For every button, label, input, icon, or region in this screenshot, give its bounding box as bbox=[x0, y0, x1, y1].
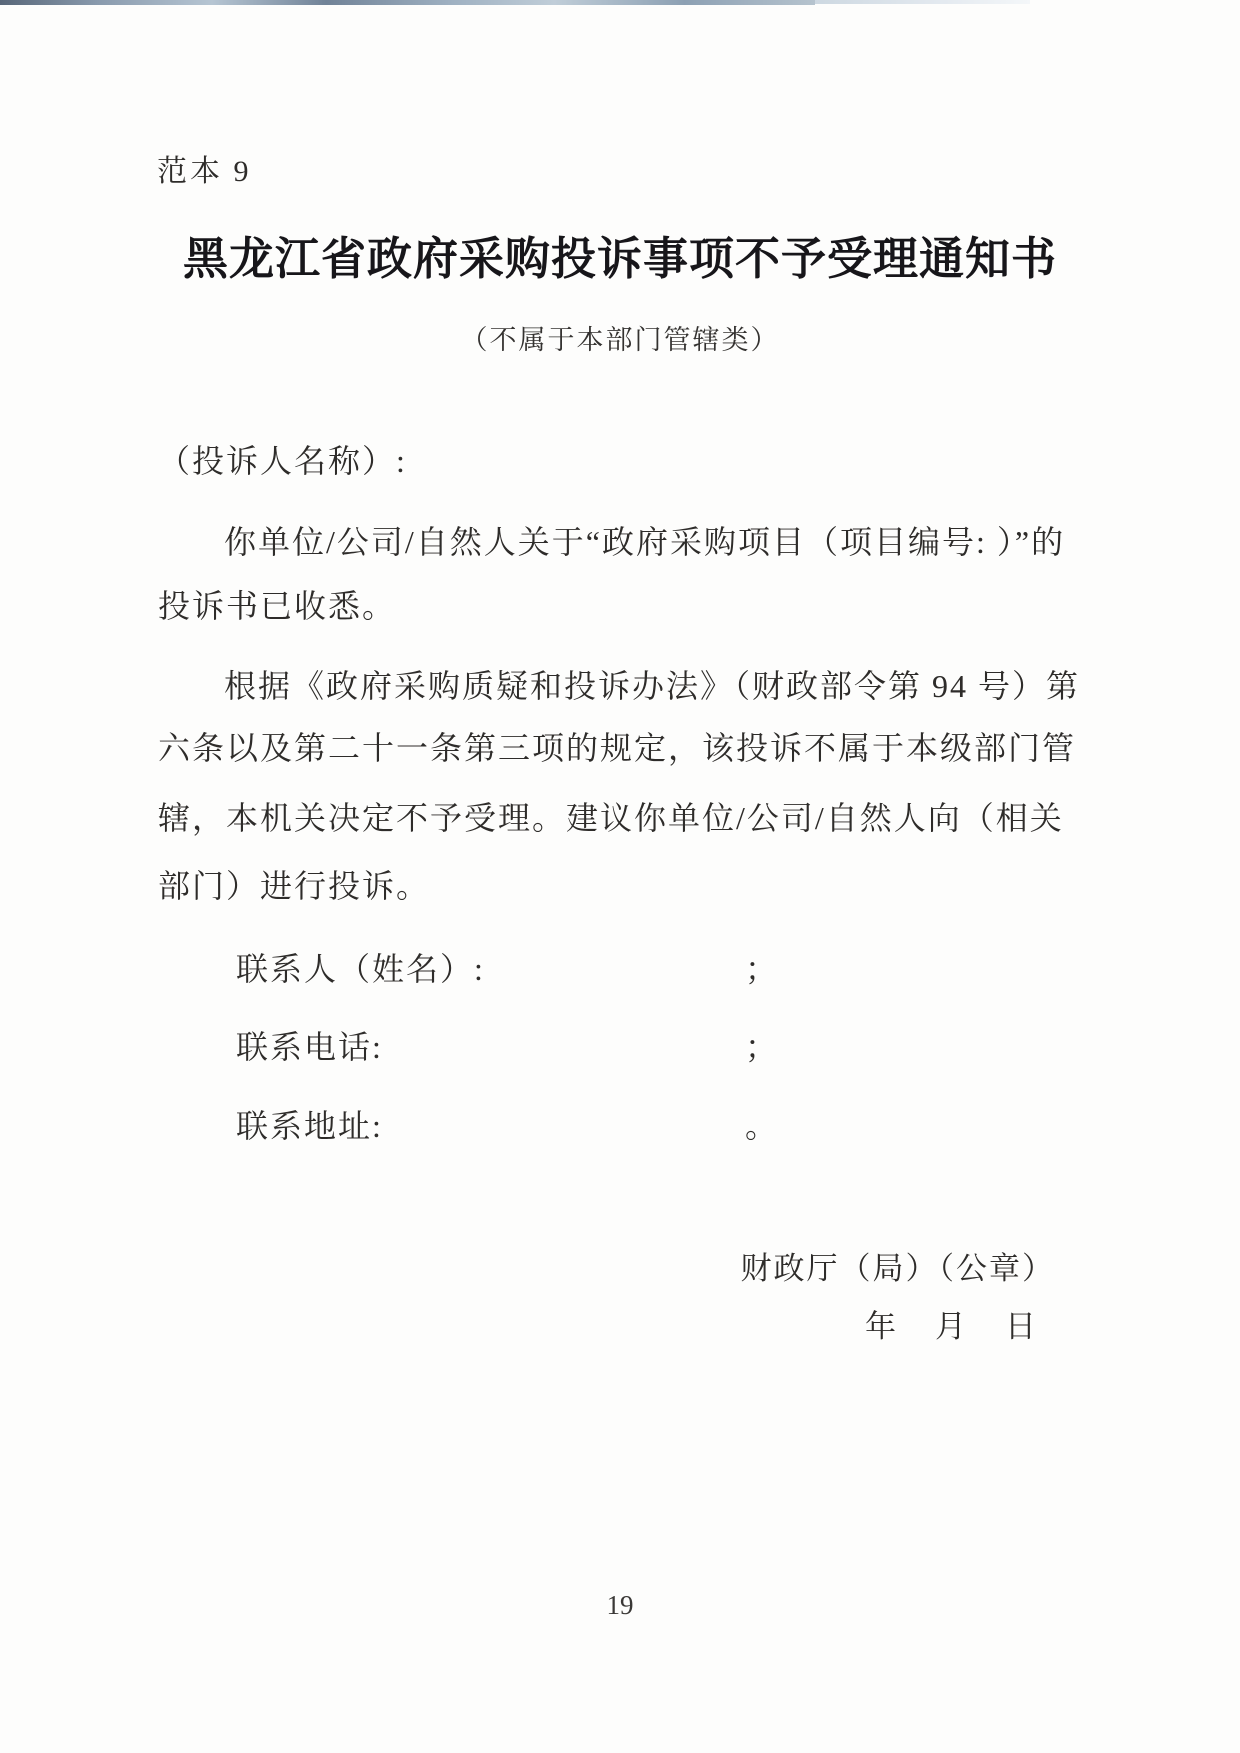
scan-artifact-top-edge-light bbox=[815, 0, 1030, 4]
paragraph1-line2: 投诉书已收悉。 bbox=[158, 588, 1088, 625]
paragraph2-line4: 部门）进行投诉。 bbox=[158, 868, 1088, 905]
signature-organization: 财政厅（局）（公章） bbox=[741, 1243, 1056, 1288]
scan-artifact-top-edge bbox=[0, 0, 815, 5]
signature-date-line: 年 月 日 bbox=[865, 1301, 1040, 1346]
template-number-label: 范本 9 bbox=[157, 155, 252, 188]
contact-address-punctuation: 。 bbox=[745, 1108, 779, 1145]
document-subtitle: （不属于本部门管辖类） bbox=[0, 318, 1240, 357]
paragraph2-line3: 辖，本机关决定不予受理。建议你单位/公司/自然人向（相关 bbox=[158, 800, 1088, 837]
contact-phone-label: 联系电话: bbox=[236, 1029, 383, 1066]
addressee-line: （投诉人名称）: bbox=[158, 443, 1088, 480]
paragraph1-line1: 你单位/公司/自然人关于“政府采购项目（项目编号: ）”的 bbox=[158, 524, 1154, 561]
paragraph2-line2: 六条以及第二十一条第三项的规定，该投诉不属于本级部门管 bbox=[158, 730, 1088, 767]
scanned-document-page: 范本 9 黑龙江省政府采购投诉事项不予受理通知书 （不属于本部门管辖类） （投诉… bbox=[0, 0, 1240, 1753]
paragraph2-line1: 根据《政府采购质疑和投诉办法》（财政部令第 94 号）第 bbox=[158, 668, 1154, 705]
page-number: 19 bbox=[0, 1590, 1240, 1621]
contact-address-label: 联系地址: bbox=[236, 1108, 383, 1145]
document-title: 黑龙江省政府采购投诉事项不予受理通知书 bbox=[0, 234, 1240, 284]
contact-name-label: 联系人（姓名）: bbox=[236, 951, 485, 988]
contact-name-punctuation: ； bbox=[745, 951, 779, 988]
contact-phone-punctuation: ； bbox=[745, 1029, 779, 1066]
